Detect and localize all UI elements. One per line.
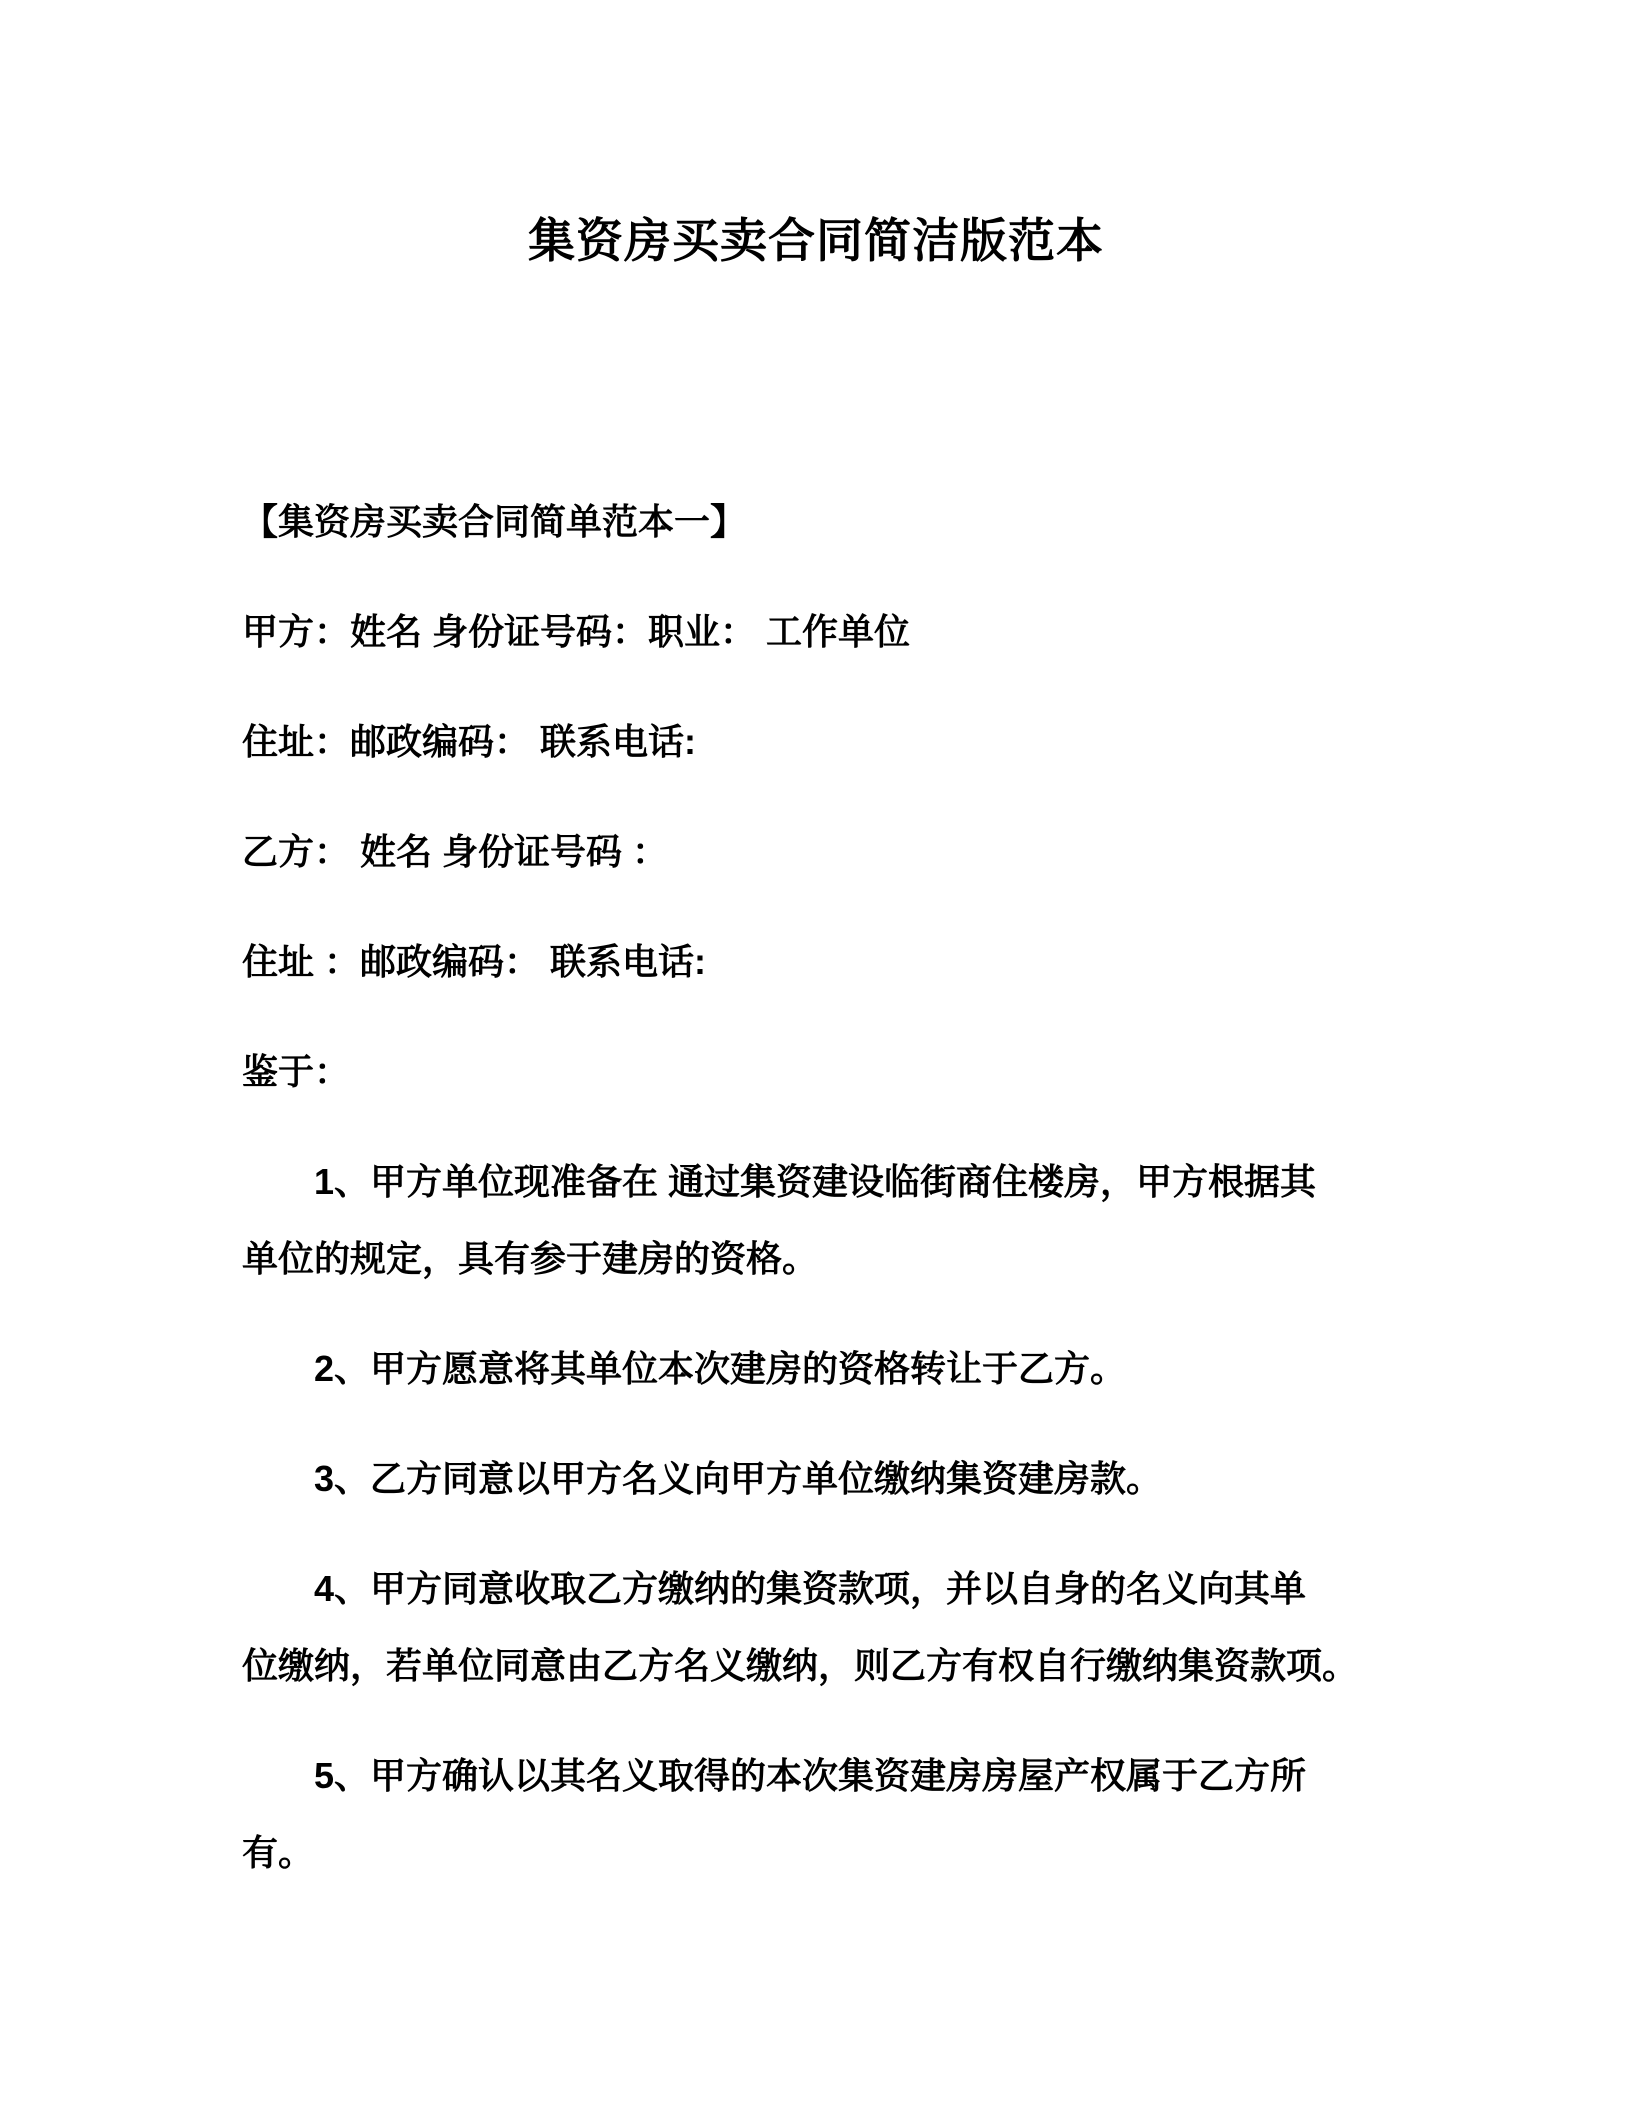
- clause-1: 1、甲方单位现准备在 通过集资建设临街商住楼房，甲方根据其 单位的规定，具有参于…: [242, 1143, 1390, 1297]
- clause-5-line-1: 5、甲方确认以其名义取得的本次集资建房房屋产权属于乙方所: [242, 1737, 1390, 1814]
- clause-2: 2、甲方愿意将其单位本次建房的资格转让于乙方。: [242, 1330, 1390, 1407]
- clause-3: 3、乙方同意以甲方名义向甲方单位缴纳集资建房款。: [242, 1440, 1390, 1517]
- document-page: 集资房买卖合同简洁版范本 【集资房买卖合同简单范本一】 甲方：姓名 身份证号码：…: [0, 0, 1632, 2112]
- party-a-text: 甲方：姓名 身份证号码：职业： 工作单位: [242, 593, 1390, 670]
- section-header: 【集资房买卖合同简单范本一】: [242, 483, 1390, 560]
- whereas-line: 鉴于：: [242, 1033, 1390, 1110]
- party-a-address-text: 住址：邮政编码： 联系电话:: [242, 703, 1390, 780]
- clause-5: 5、甲方确认以其名义取得的本次集资建房房屋产权属于乙方所 有。: [242, 1737, 1390, 1891]
- party-a-line: 甲方：姓名 身份证号码：职业： 工作单位: [242, 593, 1390, 670]
- section-header-text: 【集资房买卖合同简单范本一】: [242, 483, 1390, 560]
- party-b-address-line: 住址 ：邮政编码： 联系电话:: [242, 923, 1390, 1000]
- party-a-address-line: 住址：邮政编码： 联系电话:: [242, 703, 1390, 780]
- clause-1-line-1: 1、甲方单位现准备在 通过集资建设临街商住楼房，甲方根据其: [242, 1143, 1390, 1220]
- party-b-text: 乙方： 姓名 身份证号码 ：: [242, 813, 1390, 890]
- clause-1-line-2: 单位的规定，具有参于建房的资格。: [242, 1220, 1390, 1297]
- clause-4-line-1: 4、甲方同意收取乙方缴纳的集资款项，并以自身的名义向其单: [242, 1550, 1390, 1627]
- clause-5-line-2: 有。: [242, 1814, 1390, 1891]
- party-b-line: 乙方： 姓名 身份证号码 ：: [242, 813, 1390, 890]
- document-title: 集资房买卖合同简洁版范本: [0, 0, 1632, 268]
- document-body: 【集资房买卖合同简单范本一】 甲方：姓名 身份证号码：职业： 工作单位 住址：邮…: [242, 483, 1390, 1891]
- clause-3-line-1: 3、乙方同意以甲方名义向甲方单位缴纳集资建房款。: [242, 1440, 1390, 1517]
- whereas-text: 鉴于：: [242, 1033, 1390, 1110]
- party-b-address-text: 住址 ：邮政编码： 联系电话:: [242, 923, 1390, 1000]
- clause-4-line-2: 位缴纳，若单位同意由乙方名义缴纳，则乙方有权自行缴纳集资款项。: [242, 1627, 1390, 1704]
- clause-4: 4、甲方同意收取乙方缴纳的集资款项，并以自身的名义向其单 位缴纳，若单位同意由乙…: [242, 1550, 1390, 1704]
- clause-2-line-1: 2、甲方愿意将其单位本次建房的资格转让于乙方。: [242, 1330, 1390, 1407]
